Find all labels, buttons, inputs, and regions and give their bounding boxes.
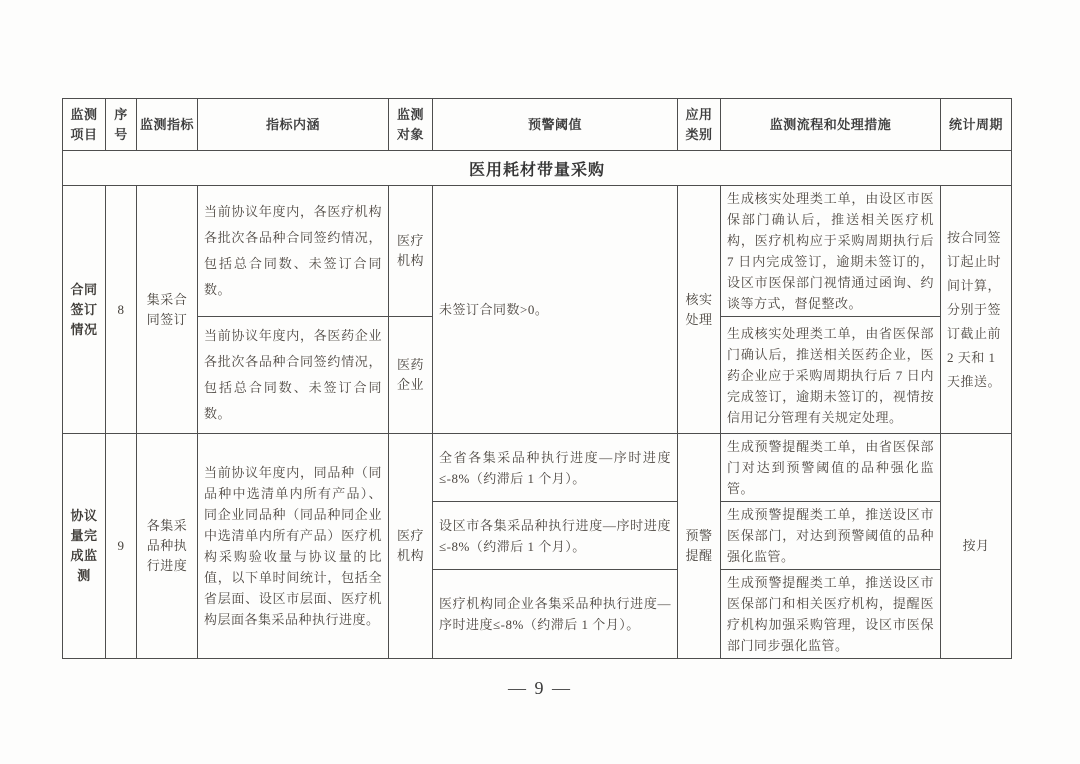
header-monitor-target: 监测对象 bbox=[389, 99, 433, 151]
header-warning-threshold: 预警阈值 bbox=[433, 99, 678, 151]
cell-r9-process-b: 生成预警提醒类工单，推送设区市医保部门，对达到预警阈值的品种强化监管。 bbox=[721, 502, 941, 570]
cell-r8-target-a: 医疗机构 bbox=[389, 186, 433, 317]
table-row: 合同签订情况 8 集采合同签订 当前协议年度内，各医疗机构各批次各品种合同签约情… bbox=[63, 186, 1012, 317]
cell-r8-process-a: 生成核实处理类工单，由设区市医保部门确认后，推送相关医疗机构，医疗机构应于采购周… bbox=[721, 186, 941, 317]
header-application-category: 应用类别 bbox=[678, 99, 721, 151]
cell-r8-threshold: 未签订合同数>0。 bbox=[433, 186, 678, 434]
cell-r9-threshold-b: 设区市各集采品种执行进度—序时进度≤-8%（约滞后 1 个月）。 bbox=[433, 502, 678, 570]
cell-r8-target-b: 医药企业 bbox=[389, 317, 433, 434]
section-title: 医用耗材带量采购 bbox=[63, 151, 1012, 186]
section-row: 医用耗材带量采购 bbox=[63, 151, 1012, 186]
cell-r9-target: 医疗机构 bbox=[389, 434, 433, 659]
cell-r9-process-a: 生成预警提醒类工单，由省医保部门对达到预警阈值的品种强化监管。 bbox=[721, 434, 941, 502]
cell-r8-seq: 8 bbox=[106, 186, 137, 434]
page-number: — 9 — bbox=[0, 678, 1080, 699]
cell-r8-indicator: 集采合同签订 bbox=[137, 186, 198, 434]
cell-r8-project: 合同签订情况 bbox=[63, 186, 106, 434]
table-header-row: 监测项目 序号 监测指标 指标内涵 监测对象 预警阈值 应用类别 监测流程和处理… bbox=[63, 99, 1012, 151]
cell-r8-process-b: 生成核实处理类工单，由省医保部门确认后，推送相关医药企业，医药企业应于采购周期执… bbox=[721, 317, 941, 434]
header-monitor-item: 监测项目 bbox=[63, 99, 106, 151]
header-indicator-meaning: 指标内涵 bbox=[198, 99, 389, 151]
cell-r9-process-c: 生成预警提醒类工单，推送设区市医保部门和相关医疗机构，提醒医疗机构加强采购管理，… bbox=[721, 570, 941, 659]
cell-r8-meaning-b: 当前协议年度内，各医药企业各批次各品种合同签约情况，包括总合同数、未签订合同数。 bbox=[198, 317, 389, 434]
header-monitor-indicator: 监测指标 bbox=[137, 99, 198, 151]
cell-r9-seq: 9 bbox=[106, 434, 137, 659]
cell-r9-meaning: 当前协议年度内，同品种（同品种中选清单内所有产品）、同企业同品种（同品种同企业中… bbox=[198, 434, 389, 659]
cell-r9-indicator: 各集采品种执行进度 bbox=[137, 434, 198, 659]
cell-r8-meaning-a: 当前协议年度内，各医疗机构各批次各品种合同签约情况，包括总合同数、未签订合同数。 bbox=[198, 186, 389, 317]
cell-r9-threshold-a: 全省各集采品种执行进度—序时进度≤-8%（约滞后 1 个月）。 bbox=[433, 434, 678, 502]
cell-r9-project: 协议量完成监测 bbox=[63, 434, 106, 659]
header-statistic-cycle: 统计周期 bbox=[941, 99, 1012, 151]
cell-r8-category: 核实处理 bbox=[678, 186, 721, 434]
cell-r9-category: 预警提醒 bbox=[678, 434, 721, 659]
header-process-measures: 监测流程和处理措施 bbox=[721, 99, 941, 151]
monitoring-table: 监测项目 序号 监测指标 指标内涵 监测对象 预警阈值 应用类别 监测流程和处理… bbox=[62, 98, 1012, 659]
table-row: 协议量完成监测 9 各集采品种执行进度 当前协议年度内，同品种（同品种中选清单内… bbox=[63, 434, 1012, 502]
cell-r9-cycle: 按月 bbox=[941, 434, 1012, 659]
cell-r8-cycle: 按合同签订起止时间计算，分别于签订截止前 2 天和 1 天推送。 bbox=[941, 186, 1012, 434]
cell-r9-threshold-c: 医疗机构同企业各集采品种执行进度—序时进度≤-8%（约滞后 1 个月）。 bbox=[433, 570, 678, 659]
header-seq-no: 序号 bbox=[106, 99, 137, 151]
